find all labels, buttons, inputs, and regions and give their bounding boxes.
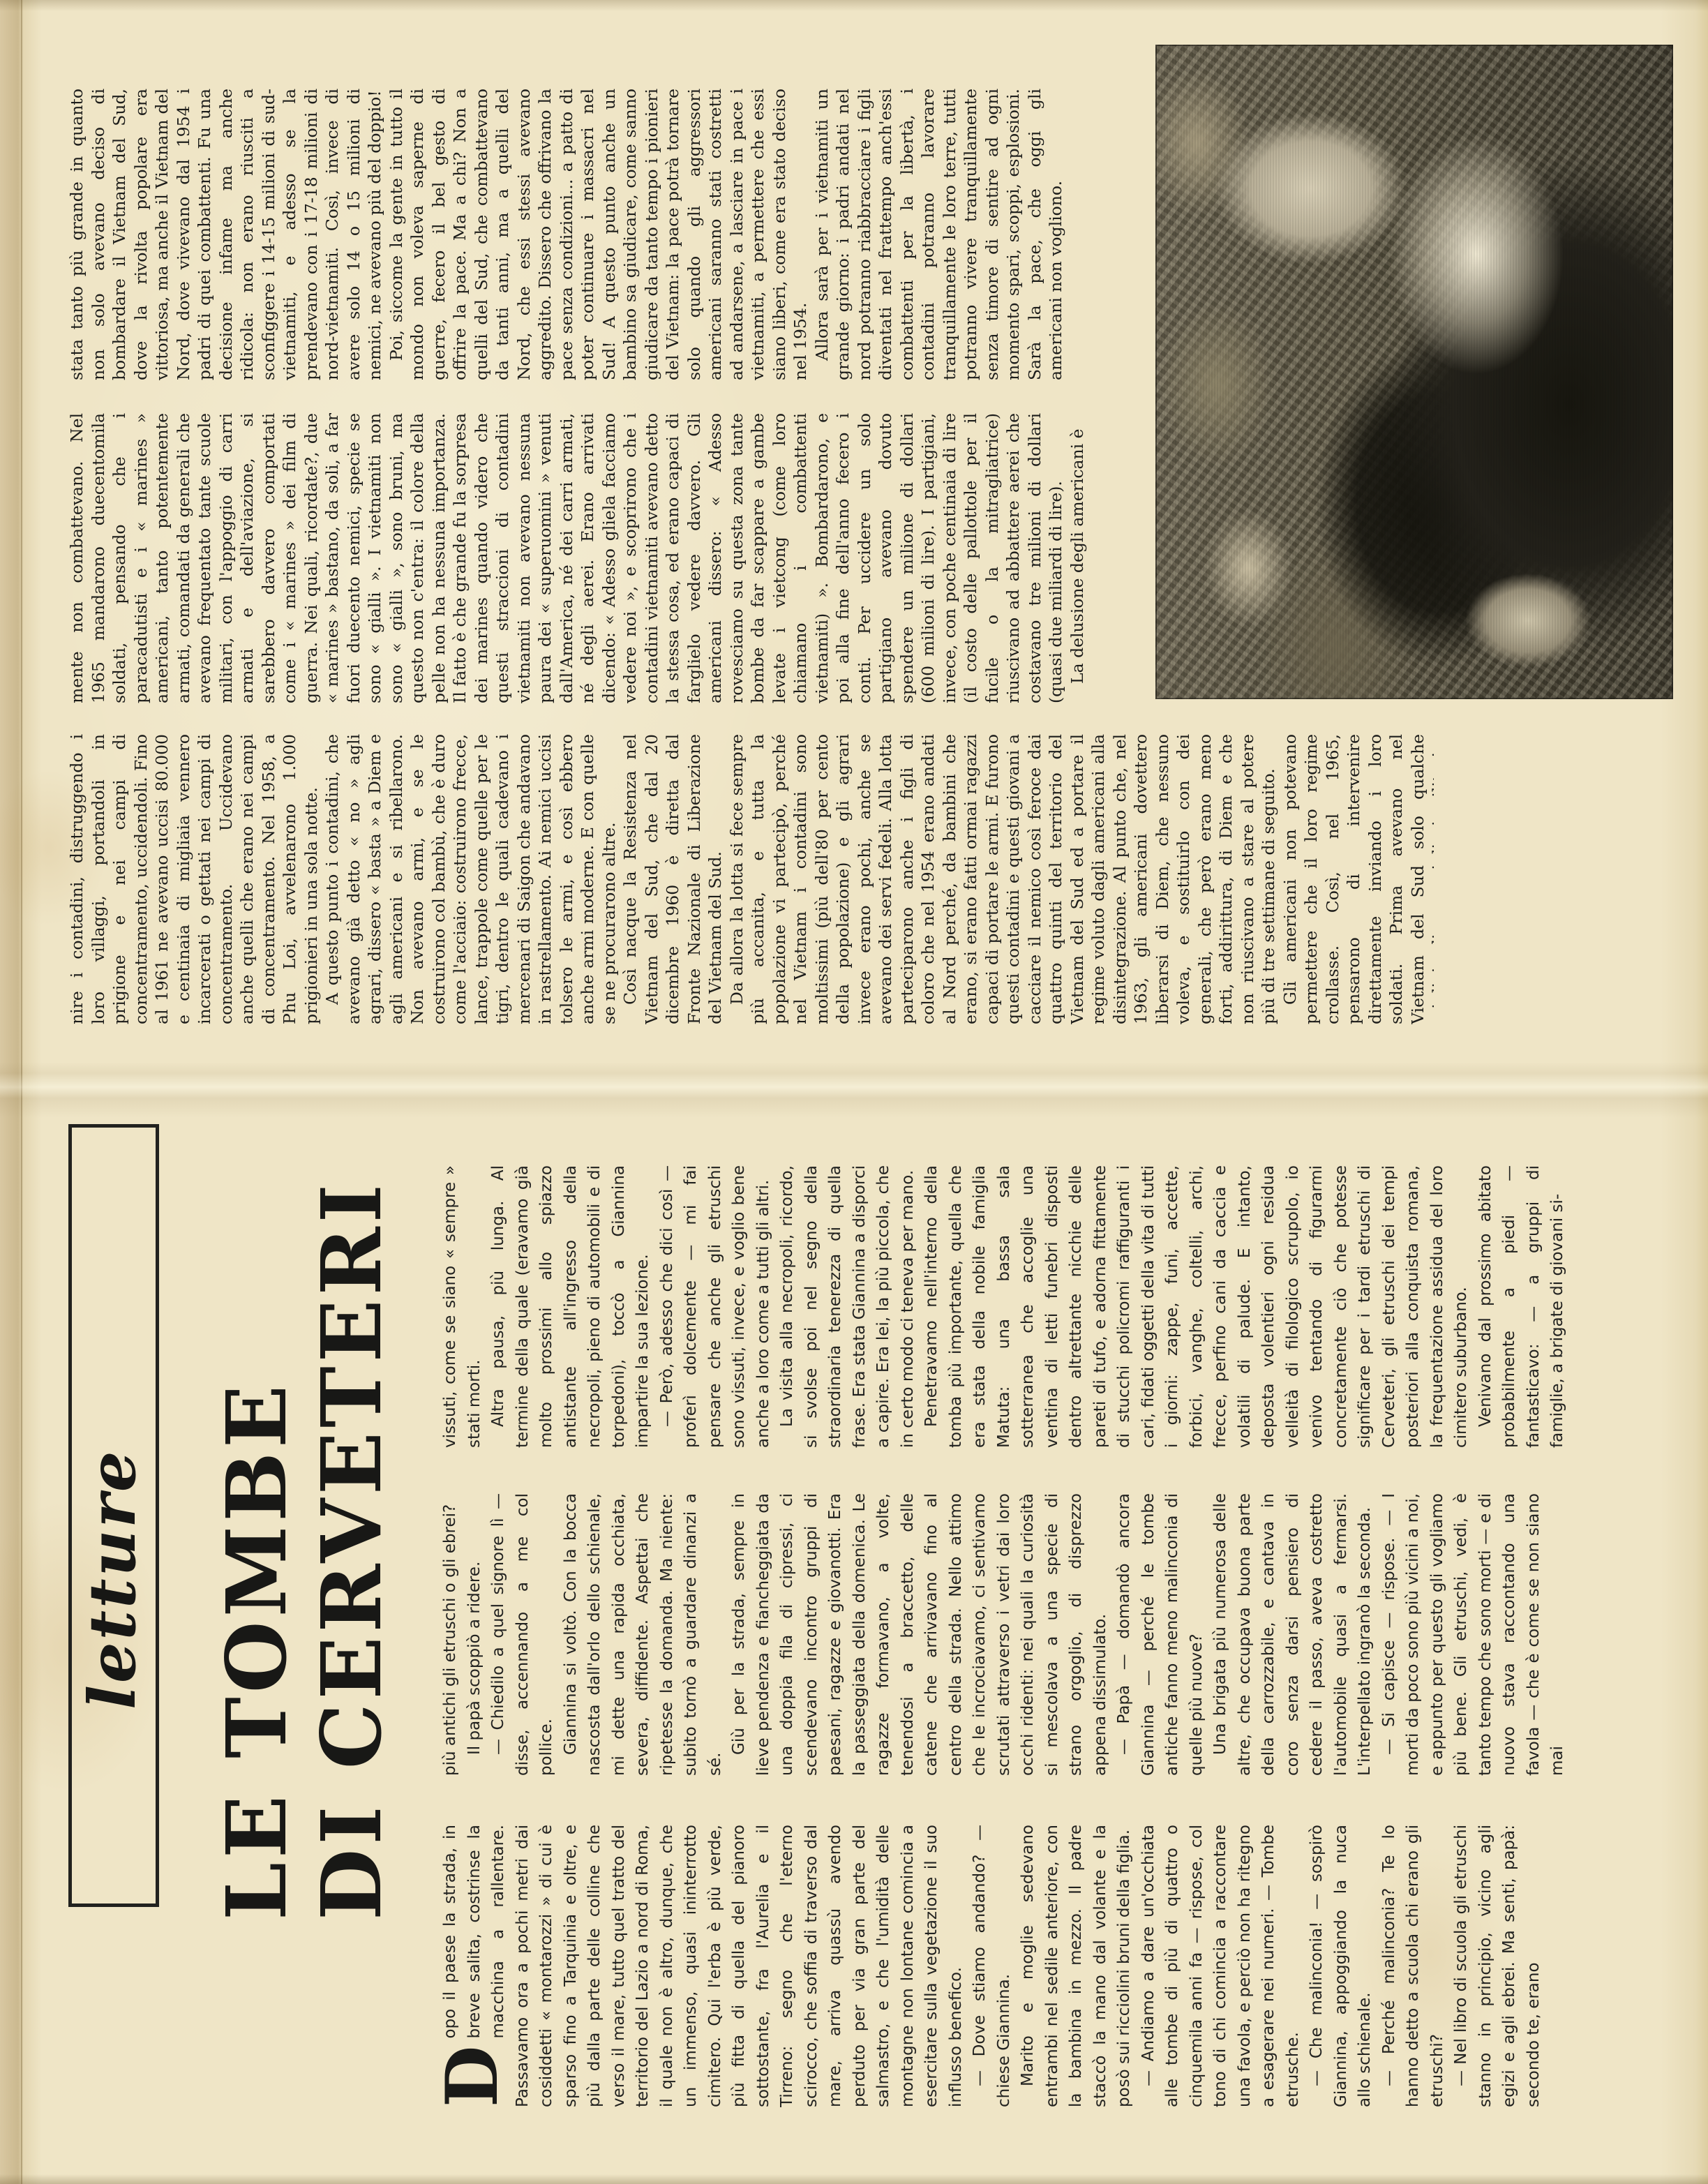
- paper-edge-left: [0, 2174, 1708, 2184]
- paragraph: Il papà scoppiò a ridere.: [463, 1493, 487, 1776]
- paragraph: Marito e moglie sedevano entrambi nel se…: [1016, 1825, 1137, 2107]
- paragraph: A questo punto i contadini, che avevano …: [322, 734, 620, 1024]
- paragraph: Allora sarà per i vietnamiti un grande g…: [811, 89, 1067, 380]
- paragraph: Dopo il paese la strada, in breve salita…: [438, 1825, 968, 2107]
- paragraph: — Dove stiamo andando? — chiese Giannina…: [968, 1825, 1016, 2107]
- paragraph: — Papà — domandò ancora Giannina — perch…: [1112, 1493, 1208, 1776]
- paragraph: più antichi gli etruschi o gli ebrei?: [438, 1493, 463, 1776]
- cerveteri-column-3: vissuti, come se siano « sempre » stati …: [438, 1165, 1705, 1448]
- paragraph: — Chiedilo a quel signore lì — disse, ac…: [486, 1493, 559, 1776]
- paragraph: Giù per la strada, sempre in lieve pende…: [727, 1493, 1112, 1776]
- vietnam-column-3: stata tanto più grande in quanto non sol…: [66, 89, 1148, 380]
- paragraph: Poi, siccome la gente in tutto il mondo …: [386, 89, 811, 380]
- vietnam-column-2: mente non combattevano. Nel 1965 mandaro…: [66, 413, 1148, 703]
- paragraph: Gli americani non potevano permettere ch…: [1280, 734, 1434, 1024]
- paragraph: mente non combattevano. Nel 1965 mandaro…: [66, 413, 1067, 703]
- magazine-page: letture LE TOMBE DI CERVETERI Dopo il pa…: [0, 0, 1708, 2184]
- paragraph: Altra pausa, più lunga. Al termine della…: [486, 1165, 655, 1448]
- paragraph: — Si capisce — rispose. — I morti da poc…: [1377, 1493, 1570, 1776]
- paragraph: Giannina si voltò. Con la bocca nascosta…: [559, 1493, 728, 1776]
- paragraph: Da allora la lotta si fece sempre più ac…: [726, 734, 1280, 1024]
- paragraph: Venivano dal prossimo abitato probabilme…: [1474, 1165, 1570, 1448]
- paragraph: Così nacque la Resistenza nel Vietnam de…: [620, 734, 726, 1024]
- paragraph: vissuti, come se siano « sempre » stati …: [438, 1165, 486, 1448]
- paragraph: Una brigata più numerosa delle altre, ch…: [1208, 1493, 1377, 1776]
- paper-edge-right: [0, 0, 1708, 11]
- cerveteri-column-1: Dopo il paese la strada, in breve salita…: [438, 1825, 1705, 2107]
- vietnam-column-1: nire i contadini, distruggendo i loro vi…: [66, 734, 1434, 1024]
- war-photo: [1155, 45, 1673, 699]
- cerveteri-column-2: più antichi gli etruschi o gli ebrei?Il …: [438, 1493, 1705, 1776]
- drop-cap: D: [438, 2039, 502, 2107]
- paragraph: — Che malinconia! — sospirò Giannina, ap…: [1305, 1825, 1377, 2107]
- paragraph: — Però, adesso che dici così — proferì d…: [655, 1165, 776, 1448]
- headline-line-2: DI CERVETERI: [304, 1083, 399, 1920]
- paragraph: — Perché malinconia? Te lo hanno detto a…: [1377, 1825, 1450, 2107]
- rubric-label: letture: [67, 1221, 165, 1710]
- paragraph: — Andiamo a dare un'occhiata alle tombe …: [1137, 1825, 1305, 2107]
- paragraph: La visita alla necropoli, ricordo, si sv…: [775, 1165, 920, 1448]
- paragraph: nire i contadini, distruggendo i loro vi…: [66, 734, 322, 1024]
- headline-line-1: LE TOMBE: [209, 1083, 304, 1920]
- paragraph: — Nel libro di scuola gli etruschi stann…: [1449, 1825, 1545, 2107]
- article-headline: LE TOMBE DI CERVETERI: [209, 1083, 399, 1920]
- scanned-magazine-spread: letture LE TOMBE DI CERVETERI Dopo il pa…: [0, 0, 1708, 2184]
- photo-grain: [1155, 45, 1673, 699]
- paragraph: La delusione degli americani è: [1067, 413, 1088, 703]
- paragraph: Penetravamo nell'interno della tomba più…: [920, 1165, 1474, 1448]
- paragraph: stata tanto più grande in quanto non sol…: [66, 89, 386, 380]
